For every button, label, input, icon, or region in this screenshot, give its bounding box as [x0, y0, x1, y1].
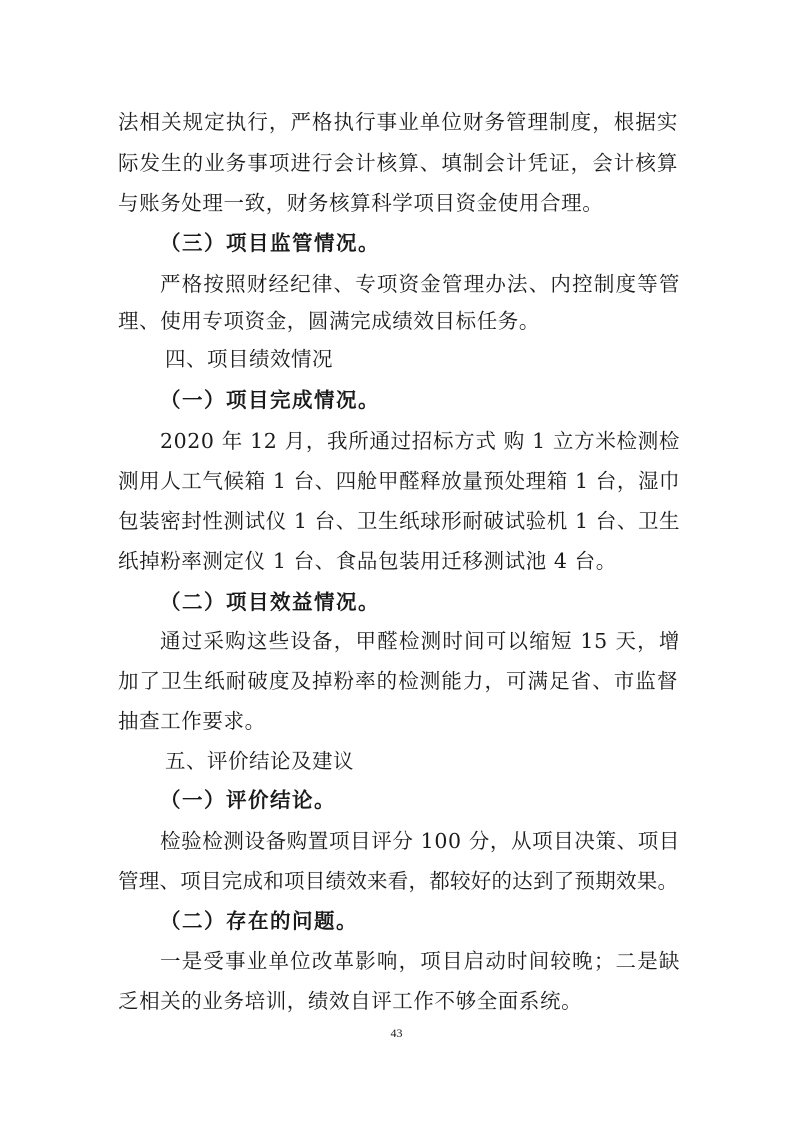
- body-text-line: 测用人工气候箱 1 台、四舱甲醛释放量预处理箱 1 台，湿巾: [118, 466, 678, 496]
- body-text-line: 一是受事业单位改革影响，项目启动时间较晚；二是缺: [160, 946, 680, 976]
- section-heading-conclusions: 五、评价结论及建议: [165, 746, 725, 776]
- body-text-line: 与账务处理一致，财务核算科学项目资金使用合理。: [118, 188, 678, 218]
- body-text-line: 严格按照财经纪律、专项资金管理办法、内控制度等管: [160, 269, 680, 299]
- document-page: 法相关规定执行，严格执行事业单位财务管理制度，根据实 际发生的业务事项进行会计核…: [0, 0, 793, 1122]
- body-text-line: 乏相关的业务培训，绩效自评工作不够全面系统。: [118, 986, 678, 1016]
- body-text-line: 管理、项目完成和项目绩效来看，都较好的达到了预期效果。: [118, 866, 678, 896]
- subheading-evaluation-conclusion: （一）评价结论。: [160, 785, 720, 815]
- section-heading-performance: 四、项目绩效情况: [165, 344, 725, 374]
- page-number: 43: [0, 1026, 793, 1041]
- body-text-line: 检验检测设备购置项目评分 100 分，从项目决策、项目: [160, 826, 680, 856]
- subheading-project-supervision: （三）项目监管情况。: [160, 228, 720, 258]
- subheading-existing-problems: （二）存在的问题。: [160, 906, 720, 936]
- body-text-line: 包装密封性测试仪 1 台、卫生纸球形耐破试验机 1 台、卫生: [118, 506, 678, 536]
- body-text-line: 际发生的业务事项进行会计核算、填制会计凭证，会计核算: [118, 148, 678, 178]
- subheading-project-benefits: （二）项目效益情况。: [160, 587, 720, 617]
- body-text-line: 理、使用专项资金，圆满完成绩效目标任务。: [118, 306, 678, 336]
- body-text-line: 纸掉粉率测定仪 1 台、食品包装用迁移测试池 4 台。: [118, 546, 678, 576]
- body-text-line: 抽查工作要求。: [118, 706, 678, 736]
- body-text-line: 法相关规定执行，严格执行事业单位财务管理制度，根据实: [118, 107, 678, 137]
- body-text-line: 加了卫生纸耐破度及掉粉率的检测能力，可满足省、市监督: [118, 666, 678, 696]
- subheading-project-completion: （一）项目完成情况。: [160, 385, 720, 415]
- body-text-line: 2020 年 12 月，我所通过招标方式 购 1 立方米检测检: [160, 426, 680, 456]
- body-text-line: 通过采购这些设备，甲醛检测时间可以缩短 15 天，增: [160, 626, 680, 656]
